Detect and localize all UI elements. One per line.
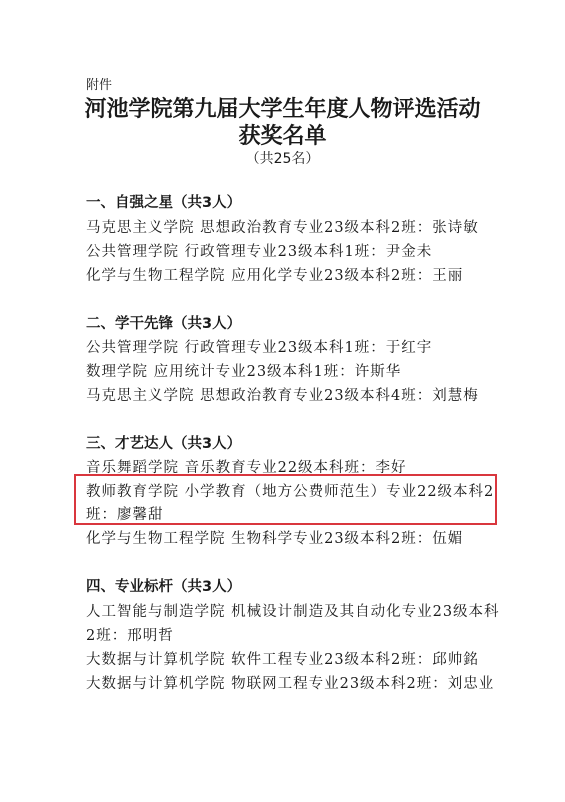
document-subtitle: 获奖名单 xyxy=(0,119,565,150)
award-entry: 化学与生物工程学院 生物科学专业23级本科2班：伍媚 xyxy=(86,527,463,548)
award-entry: 大数据与计算机学院 软件工程专业23级本科2班：邱帅銘 xyxy=(86,648,479,669)
section-heading-professional: 四、专业标杆（共3人） xyxy=(86,575,241,596)
award-entry: 化学与生物工程学院 应用化学专业23级本科2班：王丽 xyxy=(86,264,463,285)
award-entry: 数理学院 应用统计专业23级本科1班：许斯华 xyxy=(86,360,401,381)
award-entry: 公共管理学院 行政管理专业23级本科1班：尹金未 xyxy=(86,240,432,261)
award-entry-cont: 2班：邢明哲 xyxy=(86,624,174,645)
section-heading-talent: 三、才艺达人（共3人） xyxy=(86,432,241,453)
attachment-label: 附件 xyxy=(86,74,112,93)
award-entry: 马克思主义学院 思想政治教育专业23级本科2班：张诗敏 xyxy=(86,216,479,237)
award-entry-highlighted-cont: 班：廖馨甜 xyxy=(86,503,164,524)
award-entry: 人工智能与制造学院 机械设计制造及其自动化专业23级本科 xyxy=(86,600,500,621)
total-count: （共25名） xyxy=(0,148,565,168)
document-page: 附件 河池学院第九届大学生年度人物评选活动 获奖名单 （共25名） 一、自强之星… xyxy=(0,0,565,802)
section-heading-self-reliance: 一、自强之星（共3人） xyxy=(86,191,241,212)
section-heading-student-leaders: 二、学干先锋（共3人） xyxy=(86,312,241,333)
award-entry: 马克思主义学院 思想政治教育专业23级本科4班：刘慧梅 xyxy=(86,384,479,405)
award-entry-highlighted: 教师教育学院 小学教育（地方公费师范生）专业22级本科2 xyxy=(86,480,494,501)
award-entry: 大数据与计算机学院 物联网工程专业23级本科2班：刘忠业 xyxy=(86,672,494,693)
award-entry: 公共管理学院 行政管理专业23级本科1班：于红宇 xyxy=(86,336,432,357)
